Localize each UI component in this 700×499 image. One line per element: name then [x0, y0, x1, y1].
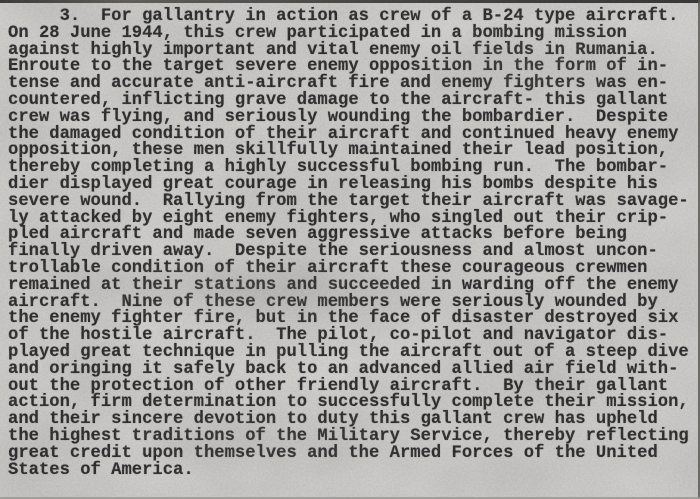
scanned-document-page: 3. For gallantry in action as crew of a … — [0, 0, 700, 499]
document-line: States of America. — [8, 463, 689, 480]
scan-edge-top — [0, 0, 700, 3]
document-line: and oringing it safely back to an advanc… — [8, 362, 689, 379]
document-body-text: 3. For gallantry in action as crew of a … — [8, 9, 689, 479]
document-line: great credit upon themselves and the Arm… — [8, 446, 689, 463]
